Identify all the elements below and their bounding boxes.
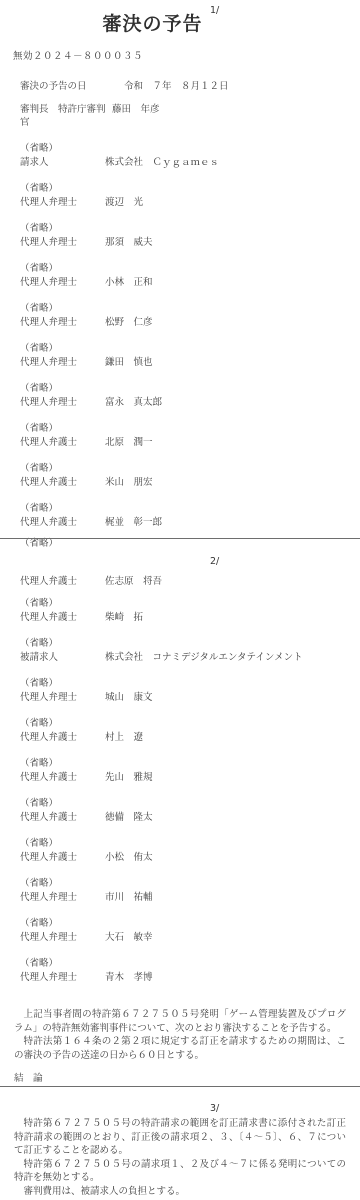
- body-paragraph: 特許第６７２７５０５号の特許請求の範囲を訂正請求書に添付された訂正特許請求の範囲…: [14, 1117, 346, 1158]
- party-block: （省略） 代理人弁理士 市川 祐輔: [0, 877, 360, 905]
- party-role: 代理人弁護士: [20, 516, 105, 530]
- party-role: 代理人弁理士: [20, 276, 105, 290]
- conclusion-body: 特許第６７２７５０５号の特許請求の範囲を訂正請求書に添付された訂正特許請求の範囲…: [14, 1117, 346, 1198]
- party-row: 代理人弁護士 米山 朋宏: [0, 476, 360, 490]
- party-row: 代理人弁理士 青木 孝博: [0, 971, 360, 985]
- party-block: （省略） 請求人 株式会社 Ｃｙｇａｍｅｓ: [0, 142, 360, 170]
- party-role: 代理人弁理士: [20, 316, 105, 330]
- omission-note: （省略）: [0, 637, 360, 651]
- omission-note: （省略）: [0, 262, 360, 276]
- party-block: （省略） 代理人弁護士 小松 侑太: [0, 837, 360, 865]
- omission-note: （省略）: [0, 222, 360, 236]
- party-block: （省略） 代理人弁護士 北原 潤一: [0, 422, 360, 450]
- party-row: 代理人弁護士 徳備 隆太: [0, 811, 360, 825]
- party-name: 徳備 隆太: [105, 811, 153, 825]
- party-name: 鎌田 慎也: [105, 356, 153, 370]
- page-number: 3/: [210, 1103, 219, 1114]
- party-role: 代理人弁理士: [20, 396, 105, 410]
- party-name: 佐志原 将吾: [105, 575, 162, 589]
- party-role: 代理人弁護士: [20, 575, 105, 589]
- party-role: 代理人弁護士: [20, 476, 105, 490]
- party-name: 渡辺 光: [105, 196, 143, 210]
- party-name: 大石 敏幸: [105, 931, 153, 945]
- party-name: 北原 潤一: [105, 436, 153, 450]
- party-role: 代理人弁理士: [20, 356, 105, 370]
- party-row: 代理人弁護士 柴崎 拓: [0, 611, 360, 625]
- party-role: 代理人弁理士: [20, 196, 105, 210]
- party-role: 代理人弁護士: [20, 851, 105, 865]
- party-row: 代理人弁理士 城山 康文: [0, 691, 360, 705]
- party-block: （省略） 代理人弁理士 小林 正和: [0, 262, 360, 290]
- judge-label: 審判長 特許庁審判官: [20, 103, 112, 129]
- party-name: 市川 祐輔: [105, 891, 153, 905]
- party-role: 代理人弁理士: [20, 891, 105, 905]
- party-role: 請求人: [20, 156, 105, 170]
- omission-note: （省略）: [0, 142, 360, 156]
- omission-note: （省略）: [0, 837, 360, 851]
- party-name: 梶並 彰一郎: [105, 516, 162, 530]
- decision-date-value: 令和 ７年 ８月１２日: [124, 80, 229, 93]
- party-block: （省略） 代理人弁理士 城山 康文: [0, 677, 360, 705]
- party-role: 代理人弁理士: [20, 971, 105, 985]
- omission-note: （省略）: [0, 957, 360, 971]
- body-paragraph: 特許第６７２７５０５号の請求項１、２及び４～７に係る発明についての特許を無効とす…: [14, 1158, 346, 1185]
- party-block: （省略） 代理人弁理士 渡辺 光: [0, 182, 360, 210]
- party-row: 請求人 株式会社 Ｃｙｇａｍｅｓ: [0, 156, 360, 170]
- document-title: 審決の予告: [0, 13, 305, 35]
- party-name: 柴崎 拓: [105, 611, 143, 625]
- party-block: （省略） 代理人弁理士 青木 孝博: [0, 957, 360, 985]
- body-paragraph: 上記当事者間の特許第６７２７５０５号発明「ゲーム管理装置及びプログラム」の特許無…: [14, 1008, 346, 1035]
- party-role: 代理人弁護士: [20, 436, 105, 450]
- party-role: 代理人弁護士: [20, 771, 105, 785]
- page-number: 1/: [210, 5, 219, 16]
- party-block: （省略） 代理人弁理士 鎌田 慎也: [0, 342, 360, 370]
- omission-note: （省略）: [0, 302, 360, 316]
- party-block: （省略） 代理人弁理士 大石 敏幸: [0, 917, 360, 945]
- party-role: 代理人弁理士: [20, 931, 105, 945]
- omission-note: （省略）: [0, 917, 360, 931]
- party-role: 被請求人: [20, 651, 105, 665]
- party-row: 代理人弁理士 大石 敏幸: [0, 931, 360, 945]
- party-role: 代理人弁護士: [20, 731, 105, 745]
- decision-date-label: 審決の予告の日: [20, 80, 124, 93]
- party-name: 城山 康文: [105, 691, 153, 705]
- party-block: （省略） 代理人弁護士 梶並 彰一郎: [0, 502, 360, 530]
- party-name: 那須 威夫: [105, 236, 153, 250]
- party-block: （省略） 代理人弁護士 徳備 隆太: [0, 797, 360, 825]
- document-page-1: 1/ 審決の予告 無効２０２４－８０００３５ 審決の予告の日 令和 ７年 ８月１…: [0, 0, 360, 538]
- omission-note: （省略）: [0, 342, 360, 356]
- party-role: 代理人弁理士: [20, 236, 105, 250]
- party-block: （省略） 代理人弁理士 那須 威夫: [0, 222, 360, 250]
- decision-date-row: 審決の予告の日 令和 ７年 ８月１２日: [0, 80, 360, 93]
- case-number: 無効２０２４－８０００３５: [0, 50, 360, 63]
- party-block: （省略） 代理人弁護士 米山 朋宏: [0, 462, 360, 490]
- party-block: （省略） 代理人弁護士 柴崎 拓: [0, 597, 360, 625]
- party-row: 代理人弁理士 渡辺 光: [0, 196, 360, 210]
- party-name: 松野 仁彦: [105, 316, 153, 330]
- omission-note: （省略）: [0, 422, 360, 436]
- party-name: 米山 朋宏: [105, 476, 153, 490]
- party-name: 小林 正和: [105, 276, 153, 290]
- party-row: 代理人弁理士 市川 祐輔: [0, 891, 360, 905]
- omission-note: （省略）: [0, 717, 360, 731]
- conclusion-heading: 結 論: [0, 1072, 360, 1086]
- party-row: 代理人弁護士 村上 遼: [0, 731, 360, 745]
- party-row: 代理人弁護士 先山 雅規: [0, 771, 360, 785]
- party-row: 代理人弁護士 佐志原 将吾: [0, 575, 360, 589]
- omission-note: （省略）: [0, 502, 360, 516]
- party-row: 代理人弁護士 小松 侑太: [0, 851, 360, 865]
- presiding-judge-row: 審判長 特許庁審判官 藤田 年彦: [0, 103, 360, 129]
- party-name: 富永 真太郎: [105, 396, 162, 410]
- party-name: 青木 孝博: [105, 971, 153, 985]
- party-row: 代理人弁理士 松野 仁彦: [0, 316, 360, 330]
- omission-note: （省略）: [0, 677, 360, 691]
- party-row: 代理人弁護士 梶並 彰一郎: [0, 516, 360, 530]
- party-name: 村上 遼: [105, 731, 143, 745]
- body-paragraph: 特許法第１６４条の２第２項に規定する訂正を請求するための期間は、この審決の予告の…: [14, 1035, 346, 1062]
- party-row: 被請求人 株式会社 コナミデジタルエンタテインメント: [0, 651, 360, 665]
- judge-name: 藤田 年彦: [112, 103, 160, 129]
- page-number: 2/: [210, 556, 219, 567]
- party-block: （省略） 被請求人 株式会社 コナミデジタルエンタテインメント: [0, 637, 360, 665]
- party-role: 代理人弁護士: [20, 611, 105, 625]
- body-paragraph: 審判費用は、被請求人の負担とする。: [14, 1185, 346, 1199]
- party-block: （省略） 代理人弁護士 先山 雅規: [0, 757, 360, 785]
- party-row: 代理人弁理士 鎌田 慎也: [0, 356, 360, 370]
- omission-note: （省略）: [0, 597, 360, 611]
- party-row: 代理人弁理士 富永 真太郎: [0, 396, 360, 410]
- omission-note: （省略）: [0, 877, 360, 891]
- omission-note: （省略）: [0, 797, 360, 811]
- omission-note: （省略）: [0, 382, 360, 396]
- party-name: 株式会社 コナミデジタルエンタテインメント: [105, 651, 303, 665]
- party-block: （省略） 代理人弁理士 松野 仁彦: [0, 302, 360, 330]
- party-block: （省略） 代理人弁理士 富永 真太郎: [0, 382, 360, 410]
- party-row: 代理人弁理士 那須 威夫: [0, 236, 360, 250]
- party-name: 先山 雅規: [105, 771, 153, 785]
- party-row: 代理人弁理士 小林 正和: [0, 276, 360, 290]
- document-page-2: 2/ 代理人弁護士 佐志原 将吾 （省略） 代理人弁護士 柴崎 拓 （省略） 被…: [0, 539, 360, 1086]
- party-block: （省略） 代理人弁護士 村上 遼: [0, 717, 360, 745]
- party-row: 代理人弁護士 北原 潤一: [0, 436, 360, 450]
- omission-note: （省略）: [0, 182, 360, 196]
- party-name: 小松 侑太: [105, 851, 153, 865]
- party-role: 代理人弁理士: [20, 691, 105, 705]
- omission-note: （省略）: [0, 757, 360, 771]
- notice-body: 上記当事者間の特許第６７２７５０５号発明「ゲーム管理装置及びプログラム」の特許無…: [14, 1008, 346, 1062]
- omission-note: （省略）: [0, 462, 360, 476]
- party-name: 株式会社 Ｃｙｇａｍｅｓ: [105, 156, 219, 170]
- document-page-3: 3/ 特許第６７２７５０５号の特許請求の範囲を訂正請求書に添付された訂正特許請求…: [0, 1087, 360, 1200]
- party-role: 代理人弁護士: [20, 811, 105, 825]
